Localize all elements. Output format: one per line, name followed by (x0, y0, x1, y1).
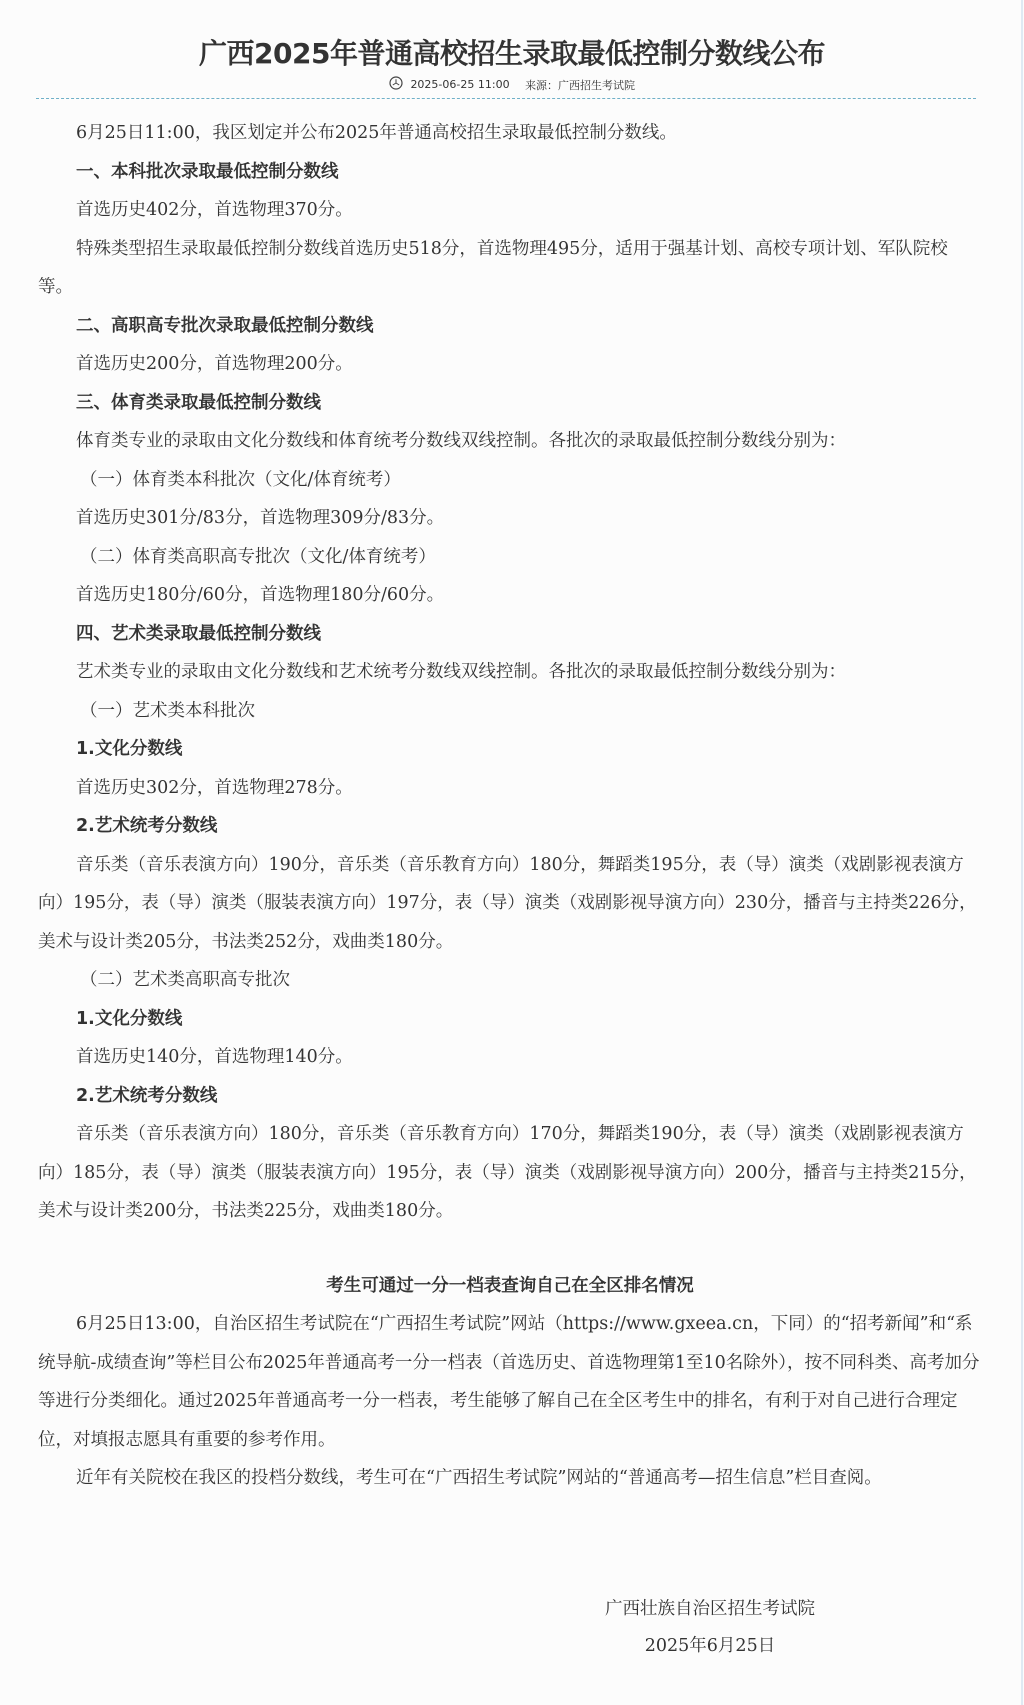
body-paragraph: 特殊类型招生录取最低控制分数线首选历史518分，首选物理495分，适用于强基计划… (38, 230, 982, 307)
article-title: 广西2025年普通高校招生录取最低控制分数线公布 (0, 32, 1024, 72)
clock-icon (389, 76, 403, 93)
body-paragraph: 首选历史180分/60分，首选物理180分/60分。 (38, 576, 982, 615)
section2-heading: 考生可通过一分一档表查询自己在全区排名情况 (38, 1267, 982, 1306)
article-source: 来源：广西招生考试院 (525, 79, 635, 92)
body-paragraph: 音乐类（音乐表演方向）180分，音乐类（音乐教育方向）170分，舞蹈类190分，… (38, 1115, 982, 1231)
subsection-heading: （一）体育类本科批次（文化/体育统考） (38, 461, 982, 500)
body-paragraph: 艺术类专业的录取由文化分数线和艺术统考分数线双线控制。各批次的录取最低控制分数线… (38, 653, 982, 692)
section-heading: 二、高职高专批次录取最低控制分数线 (38, 307, 982, 346)
item-heading: 2.艺术统考分数线 (38, 1077, 982, 1116)
subsection-heading: （二）艺术类高职高专批次 (38, 961, 982, 1000)
body-paragraph: 体育类专业的录取由文化分数线和体育统考分数线双线控制。各批次的录取最低控制分数线… (38, 422, 982, 461)
page-edge-line (1021, 0, 1023, 1705)
item-heading: 2.艺术统考分数线 (38, 807, 982, 846)
body-paragraph: 首选历史402分，首选物理370分。 (38, 191, 982, 230)
section-heading: 三、体育类录取最低控制分数线 (38, 384, 982, 423)
article-meta: 2025-06-25 11:00 来源：广西招生考试院 (0, 76, 1024, 93)
body-paragraph: 首选历史200分，首选物理200分。 (38, 345, 982, 384)
item-heading: 1.文化分数线 (38, 1000, 982, 1039)
body-paragraph: 首选历史301分/83分，首选物理309分/83分。 (38, 499, 982, 538)
article-body: 6月25日11:00，我区划定并公布2025年普通高校招生录取最低控制分数线。 … (38, 114, 982, 1498)
body-paragraph: 近年有关院校在我区的投档分数线，考生可在“广西招生考试院”网站的“普通高考—招生… (38, 1459, 982, 1498)
subsection-heading: （二）体育类高职高专批次（文化/体育统考） (38, 538, 982, 577)
intro-paragraph: 6月25日11:00，我区划定并公布2025年普通高校招生录取最低控制分数线。 (38, 114, 982, 153)
body-paragraph: 音乐类（音乐表演方向）190分，音乐类（音乐教育方向）180分，舞蹈类195分，… (38, 846, 982, 962)
subsection-heading: （一）艺术类本科批次 (38, 692, 982, 731)
title-divider (36, 98, 976, 99)
section-heading: 一、本科批次录取最低控制分数线 (38, 153, 982, 192)
body-paragraph: 首选历史140分，首选物理140分。 (38, 1038, 982, 1077)
section-heading: 四、艺术类录取最低控制分数线 (38, 615, 982, 654)
body-paragraph: 6月25日13:00，自治区招生考试院在“广西招生考试院”网站（https://… (38, 1305, 982, 1459)
body-paragraph: 首选历史302分，首选物理278分。 (38, 769, 982, 808)
publish-datetime: 2025-06-25 11:00 (410, 78, 509, 91)
item-heading: 1.文化分数线 (38, 730, 982, 769)
signature-date: 2025年6月25日 (560, 1632, 860, 1657)
signature-org: 广西壮族自治区招生考试院 (560, 1595, 860, 1620)
